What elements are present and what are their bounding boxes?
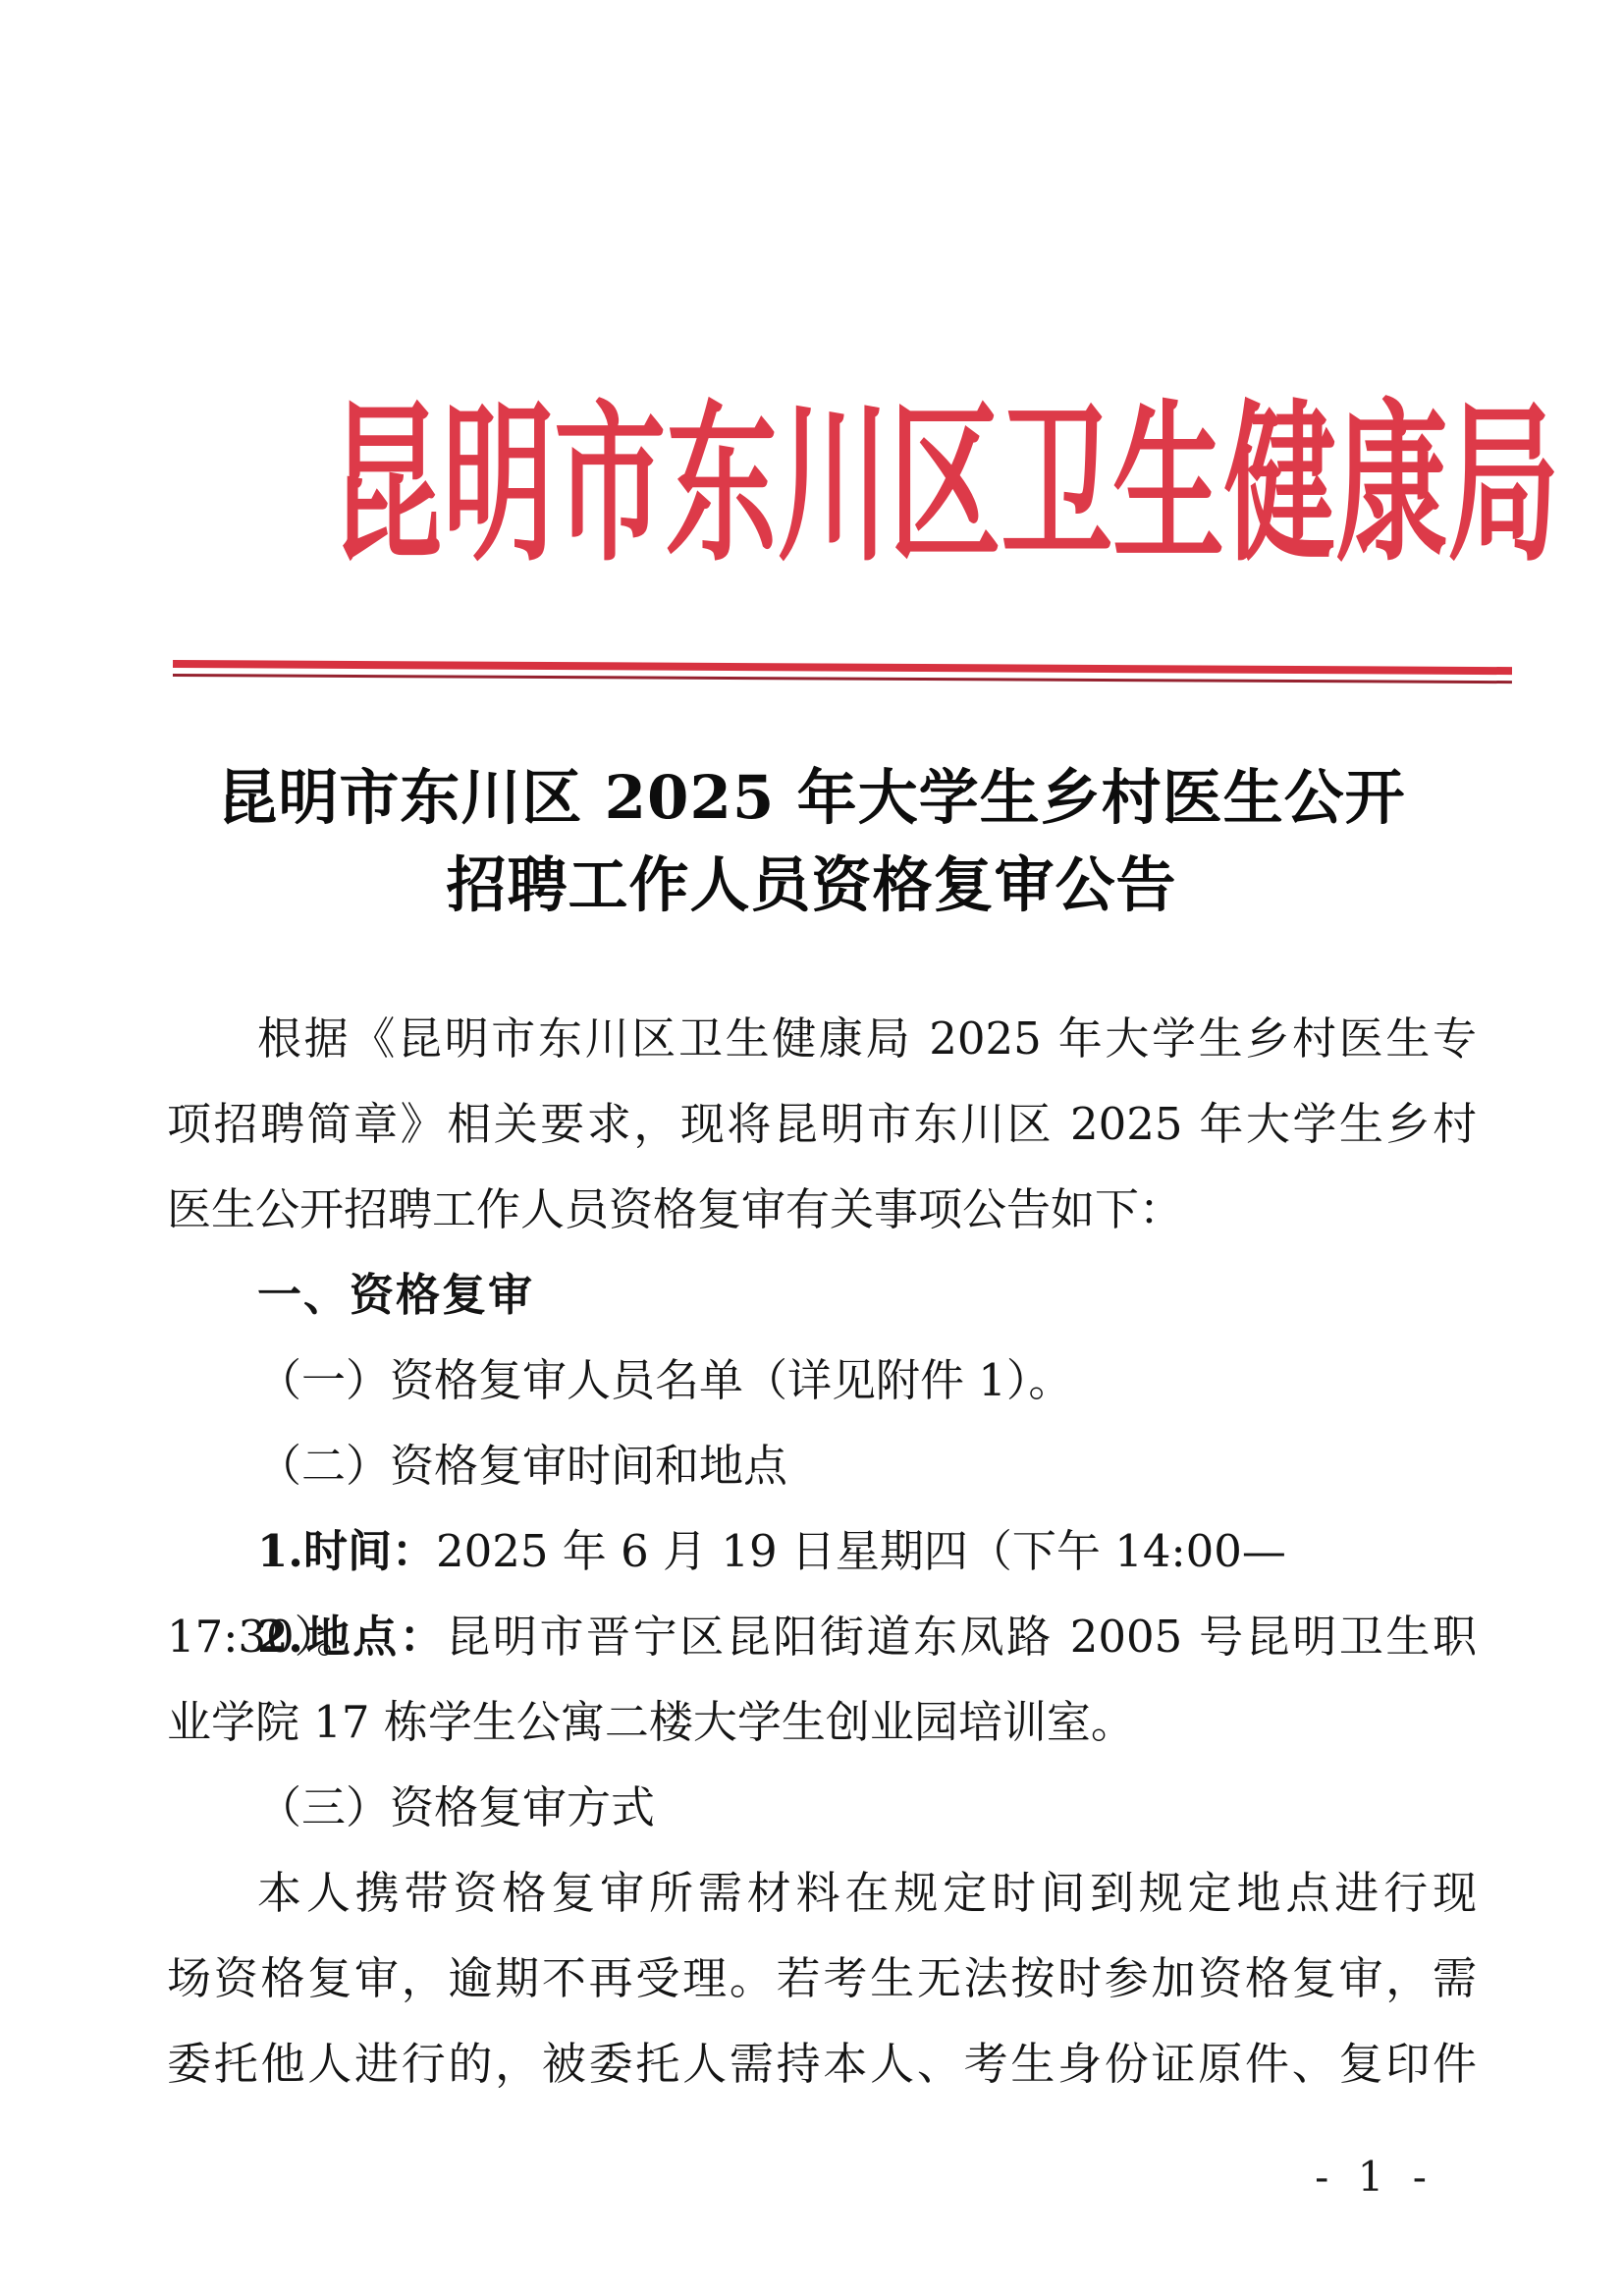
body-line: 医生公开招聘工作人员资格复审有关事项公告如下： — [167, 1167, 1477, 1252]
red-double-rule — [173, 660, 1512, 683]
body-line-text: 业学院 17 栋学生公寓二楼大学生创业园培训室。 — [167, 1696, 1135, 1748]
body-line: 项招聘简章》相关要求，现将昆明市东川区 2025 年大学生乡村 — [167, 1081, 1477, 1167]
document-page: 昆明市东川区卫生健康局 昆明市东川区 2025 年大学生乡村医生公开 招聘工作人… — [0, 0, 1623, 2296]
body-line: 1.时间：2025 年 6 月 19 日星期四（下午 14:00—17:30）。 — [167, 1508, 1477, 1594]
body-line-label: 2.地点： — [257, 1611, 446, 1663]
body-line-text: 医生公开招聘工作人员资格复审有关事项公告如下： — [167, 1183, 1183, 1235]
body-line: 场资格复审，逾期不再受理。若考生无法按时参加资格复审，需 — [167, 1936, 1477, 2021]
section-heading-text: 一、资格复审 — [257, 1269, 534, 1321]
body-line: （一）资格复审人员名单（详见附件 1）。 — [167, 1338, 1477, 1423]
body-line-text: （三）资格复审方式 — [257, 1781, 655, 1833]
body-line: 委托他人进行的，被委托人需持本人、考生身份证原件、复印件 — [167, 2021, 1477, 2106]
agency-name: 昆明市东川区卫生健康局 — [331, 389, 1559, 580]
body-line: 2.地点：昆明市晋宁区昆阳街道东凤路 2005 号昆明卫生职 — [167, 1594, 1477, 1679]
body-line: 业学院 17 栋学生公寓二楼大学生创业园培训室。 — [167, 1679, 1477, 1765]
body-line-text: 委托他人进行的，被委托人需持本人、考生身份证原件、复印件 — [167, 2038, 1477, 2090]
body-line-text: 本人携带资格复审所需材料在规定时间到规定地点进行现 — [257, 1867, 1477, 1919]
page-number: - 1 - — [1301, 2153, 1448, 2201]
title-line-1: 昆明市东川区 2025 年大学生乡村医生公开 — [0, 754, 1623, 842]
body-line: 本人携带资格复审所需材料在规定时间到规定地点进行现 — [167, 1850, 1477, 1936]
body-line-label: 1.时间： — [257, 1525, 436, 1577]
body-line-text: 根据《昆明市东川区卫生健康局 2025 年大学生乡村医生专 — [257, 1012, 1477, 1065]
body-line: 根据《昆明市东川区卫生健康局 2025 年大学生乡村医生专 — [167, 996, 1477, 1081]
body-line: （三）资格复审方式 — [167, 1765, 1477, 1850]
body-line-text: 场资格复审，逾期不再受理。若考生无法按时参加资格复审，需 — [167, 1952, 1477, 2004]
body-line-text: （一）资格复审人员名单（详见附件 1）。 — [257, 1354, 1072, 1406]
title-line-2: 招聘工作人员资格复审公告 — [0, 842, 1623, 929]
section-heading: 一、资格复审 — [167, 1252, 1477, 1338]
body-line-text: （二）资格复审时间和地点 — [257, 1440, 787, 1492]
agency-banner: 昆明市东川区卫生健康局 — [0, 389, 1623, 580]
document-body: 根据《昆明市东川区卫生健康局 2025 年大学生乡村医生专 项招聘简章》相关要求… — [167, 996, 1477, 2106]
document-title: 昆明市东川区 2025 年大学生乡村医生公开 招聘工作人员资格复审公告 — [0, 754, 1623, 929]
body-line: （二）资格复审时间和地点 — [167, 1423, 1477, 1508]
body-line-text: 项招聘简章》相关要求，现将昆明市东川区 2025 年大学生乡村 — [167, 1098, 1477, 1150]
body-line-text: 昆明市晋宁区昆阳街道东凤路 2005 号昆明卫生职 — [446, 1611, 1477, 1663]
